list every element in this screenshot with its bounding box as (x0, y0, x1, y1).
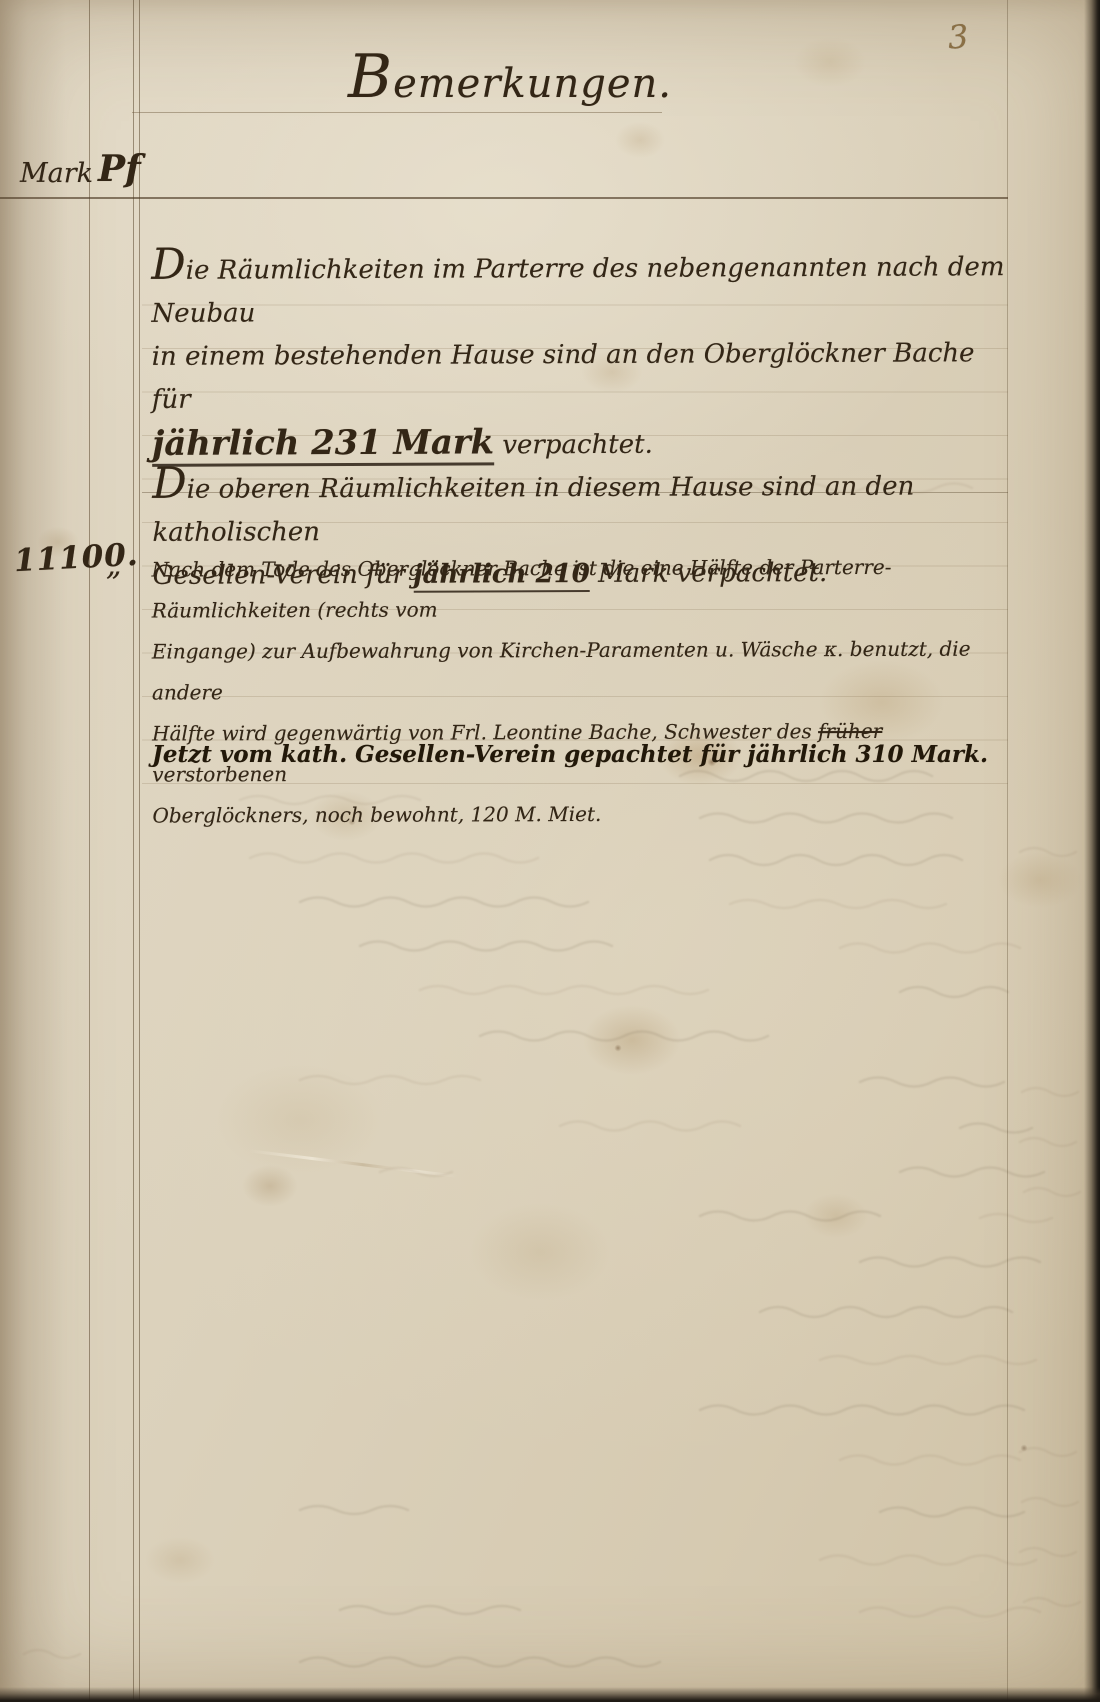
binding-shadow (0, 0, 70, 1702)
underlined-amount: jährlich 231 Mark (152, 421, 494, 466)
column-rule-pf-inner (139, 0, 140, 1702)
title-underline (132, 112, 662, 113)
column-rule-pf-outer (133, 0, 134, 1702)
handwriting-line: Oberglöckners, noch bewohnt, 120 M. Miet… (152, 793, 1010, 837)
column-rule-mark (89, 0, 90, 1702)
line-text: verpachtet. (494, 430, 653, 461)
margin-pf-ditto-mark: „ (106, 548, 122, 583)
column-header-pf: Pf (98, 148, 141, 190)
page-number: 3 (947, 17, 970, 56)
handwriting-line: in einem bestehenden Hause sind an den O… (152, 332, 1010, 422)
header-rule (0, 197, 1008, 199)
page-edge-right (1084, 0, 1100, 1702)
handwriting-line: Jetzt vom kath. Gesellen-Verein gepachte… (152, 735, 1010, 775)
paper-crease (249, 1149, 458, 1178)
entry-3: Jetzt vom kath. Gesellen-Verein gepachte… (152, 735, 1010, 775)
handwriting-line: Die oberen Räumlichkeiten in diesem Haus… (152, 465, 1010, 555)
page-title: Bemerkungen. (300, 42, 720, 112)
handwriting-line: jährlich 231 Mark verpachtet. (152, 418, 1010, 469)
handwriting-line: Die Räumlichkeiten im Parterre des neben… (151, 246, 1009, 336)
entry-1: Die Räumlichkeiten im Parterre des neben… (151, 246, 1011, 598)
handwriting-line: Nach dem Tode des Oberglöckner Bache ist… (152, 547, 1010, 632)
column-header-mark: Mark (20, 158, 93, 189)
manuscript-page: 3 Bemerkungen. Mark Pf 11100. „ Die Räum… (0, 0, 1100, 1702)
entry-2: Nach dem Tode des Oberglöckner Bache ist… (152, 547, 1011, 837)
handwriting-line: Eingange) zur Aufbewahrung von Kirchen-P… (152, 629, 1010, 714)
page-edge-bottom (0, 1687, 1100, 1702)
